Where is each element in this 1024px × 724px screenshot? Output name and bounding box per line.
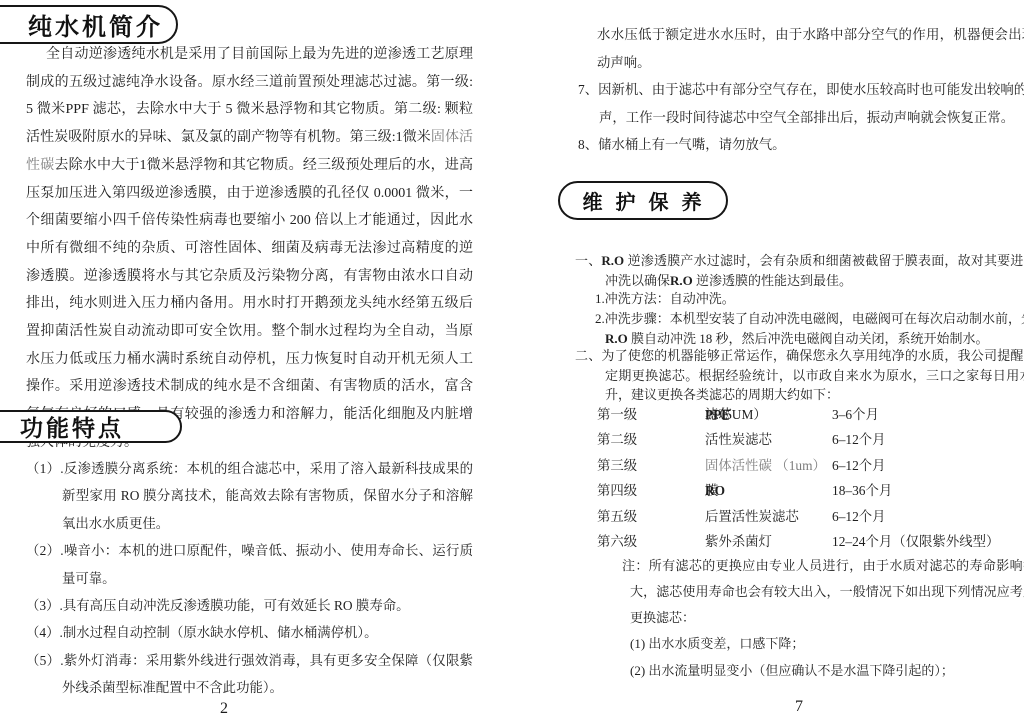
filter-period: 6–12个月 — [832, 453, 886, 478]
feature-item: （4）.制水过程自动控制（原水缺水停机、储水桶满停机）。 — [26, 619, 473, 646]
note-item-2: (2) 出水流量明显变小（但应确认不是水温下降引起的）； — [630, 661, 1024, 681]
filter-period: 18–36个月 — [832, 478, 892, 503]
item-marker: 8、 — [578, 137, 598, 152]
filter-level: 第一级 — [597, 402, 637, 427]
maintenance-substep-1: 1.冲洗方法：自动冲洗。 — [595, 289, 735, 309]
section-title-maintenance: 维 护 保 养 — [583, 186, 704, 215]
note-marker: 注： — [622, 558, 649, 573]
filter-period: 12–24个月（仅限紫外线型） — [832, 529, 999, 554]
maintenance-section-1: 一、R.O 逆渗透膜产水过滤时，会有杂质和细菌被截留于膜表面，故对其要进行定期冲… — [575, 251, 1024, 290]
feature-item: （1）.反渗透膜分离系统：本机的组合滤芯中，采用了溶入最新科技成果的新型家用 R… — [26, 455, 473, 537]
feature-marker: （1）. — [26, 461, 64, 476]
filter-level: 第五级 — [597, 504, 637, 529]
item-text: 储水桶上有一气嘴，请勿放气。 — [598, 137, 785, 152]
section-title-box-features: 功能特点 — [0, 410, 182, 443]
continuation-paragraph: 水水压低于额定进水水压时，由于水路中部分空气的作用，机器便会出现振动声响。 — [597, 21, 1024, 76]
feature-marker: （3）. — [26, 598, 63, 613]
intro-paragraph: 全自动逆渗透纯水机是采用了目前国际上最为先进的逆渗透工艺原理制成的五级过滤纯净水… — [26, 41, 473, 457]
feature-text: 噪音小：本机的进口原配件，噪音低、振动小、使用寿命长、运行质量可靠。 — [62, 543, 473, 585]
numbered-item-8: 8、储水桶上有一气嘴，请勿放气。 — [578, 131, 1024, 159]
section-title-box-intro: 纯水机简介 — [0, 5, 178, 44]
table-row: 第二级 活性炭滤芯 6–12个月 — [597, 427, 1024, 452]
table-row: 第六级 紫外杀菌灯 12–24个月（仅限紫外线型） — [597, 529, 1024, 554]
page-right: 水水压低于额定进水水压时，由于水路中部分空气的作用，机器便会出现振动声响。 7、… — [512, 0, 1024, 724]
feature-item: （3）.具有高压自动冲洗反渗透膜功能，可有效延长 RO 膜寿命。 — [26, 592, 473, 619]
manual-spread: 纯水机简介 全自动逆渗透纯水机是采用了目前国际上最为先进的逆渗透工艺原理制成的五… — [0, 0, 1024, 724]
filter-period: 3–6个月 — [832, 402, 879, 427]
page-left: 纯水机简介 全自动逆渗透纯水机是采用了目前国际上最为先进的逆渗透工艺原理制成的五… — [0, 0, 512, 724]
features-list: （1）.反渗透膜分离系统：本机的组合滤芯中，采用了溶入最新科技成果的新型家用 R… — [26, 455, 473, 702]
table-row: 第四级 RO膜 18–36个月 — [597, 478, 1024, 503]
filter-level: 第三级 — [597, 453, 637, 478]
feature-item: （2）.噪音小：本机的进口原配件，噪音低、振动小、使用寿命长、运行质量可靠。 — [26, 537, 473, 592]
table-row: 第三级 固体活性碳 （1um） 6–12个月 — [597, 453, 1024, 478]
filter-period: 6–12个月 — [832, 504, 886, 529]
filter-level: 第六级 — [597, 529, 637, 554]
section-marker: 一、 — [575, 253, 601, 268]
maintenance-section-2: 二、为了使您的机器能够正常运作，确保您永久享用纯净的水质，我公司提醒您注意定期更… — [575, 346, 1024, 405]
note-item-1: (1) 出水水质变差，口感下降； — [630, 634, 1024, 654]
item-text: 因新机、由于滤芯中有部分空气存在，即使水压较高时也可能发出较响的振动声，工作一段… — [598, 82, 1024, 125]
page-number-right: 7 — [795, 698, 803, 716]
filter-level: 第二级 — [597, 427, 637, 452]
page-number-left: 2 — [220, 700, 228, 718]
section-title-box-maintenance: 维 护 保 养 — [558, 181, 728, 220]
table-row: 第一级 PPF滤芯 （5UM） 3–6个月 — [597, 402, 1024, 427]
feature-item: （5）.紫外灯消毒：采用紫外线进行强效消毒，具有更多安全保障（仅限紫外线杀菌型标… — [26, 647, 473, 702]
section-text: R.O 逆渗透膜产水过滤时，会有杂质和细菌被截留于膜表面，故对其要进行定期冲洗以… — [601, 253, 1024, 288]
item-marker: 7、 — [578, 82, 598, 97]
table-row: 第五级 后置活性炭滤芯 6–12个月 — [597, 504, 1024, 529]
section-title-features: 功能特点 — [20, 410, 124, 443]
filter-replacement-table: 第一级 PPF滤芯 （5UM） 3–6个月 第二级 活性炭滤芯 6–12个月 第… — [597, 402, 1024, 554]
feature-marker: （5）. — [26, 653, 64, 668]
feature-text: 制水过程自动控制（原水缺水停机、储水桶满停机）。 — [63, 625, 378, 640]
feature-marker: （4）. — [26, 625, 63, 640]
section-marker: 二、 — [575, 348, 601, 363]
section-text: 为了使您的机器能够正常运作，确保您永久享用纯净的水质，我公司提醒您注意定期更换滤… — [601, 348, 1024, 402]
feature-text: 反渗透膜分离系统：本机的组合滤芯中，采用了溶入最新科技成果的新型家用 RO 膜分… — [62, 461, 473, 531]
filter-period: 6–12个月 — [832, 427, 886, 452]
numbered-item-7: 7、因新机、由于滤芯中有部分空气存在，即使水压较高时也可能发出较响的振动声，工作… — [578, 76, 1024, 131]
maintenance-note: 注：所有滤芯的更换应由专业人员进行，由于水质对滤芯的寿命影响很大，滤芯使用寿命也… — [622, 553, 1024, 631]
filter-level: 第四级 — [597, 478, 637, 503]
maintenance-substep-2: 2.冲洗步骤：本机型安装了自动冲洗电磁阀，电磁阀可在每次启动制水前，先对R.O … — [595, 309, 1024, 348]
section-title-intro: 纯水机简介 — [28, 7, 163, 42]
note-text: 所有滤芯的更换应由专业人员进行，由于水质对滤芯的寿命影响很大，滤芯使用寿命也会有… — [630, 558, 1024, 625]
feature-text: 具有高压自动冲洗反渗透膜功能，可有效延长 RO 膜寿命。 — [63, 598, 410, 613]
feature-text: 紫外灯消毒：采用紫外线进行强效消毒，具有更多安全保障（仅限紫外线杀菌型标准配置中… — [62, 653, 473, 695]
feature-marker: （2）. — [26, 543, 64, 558]
